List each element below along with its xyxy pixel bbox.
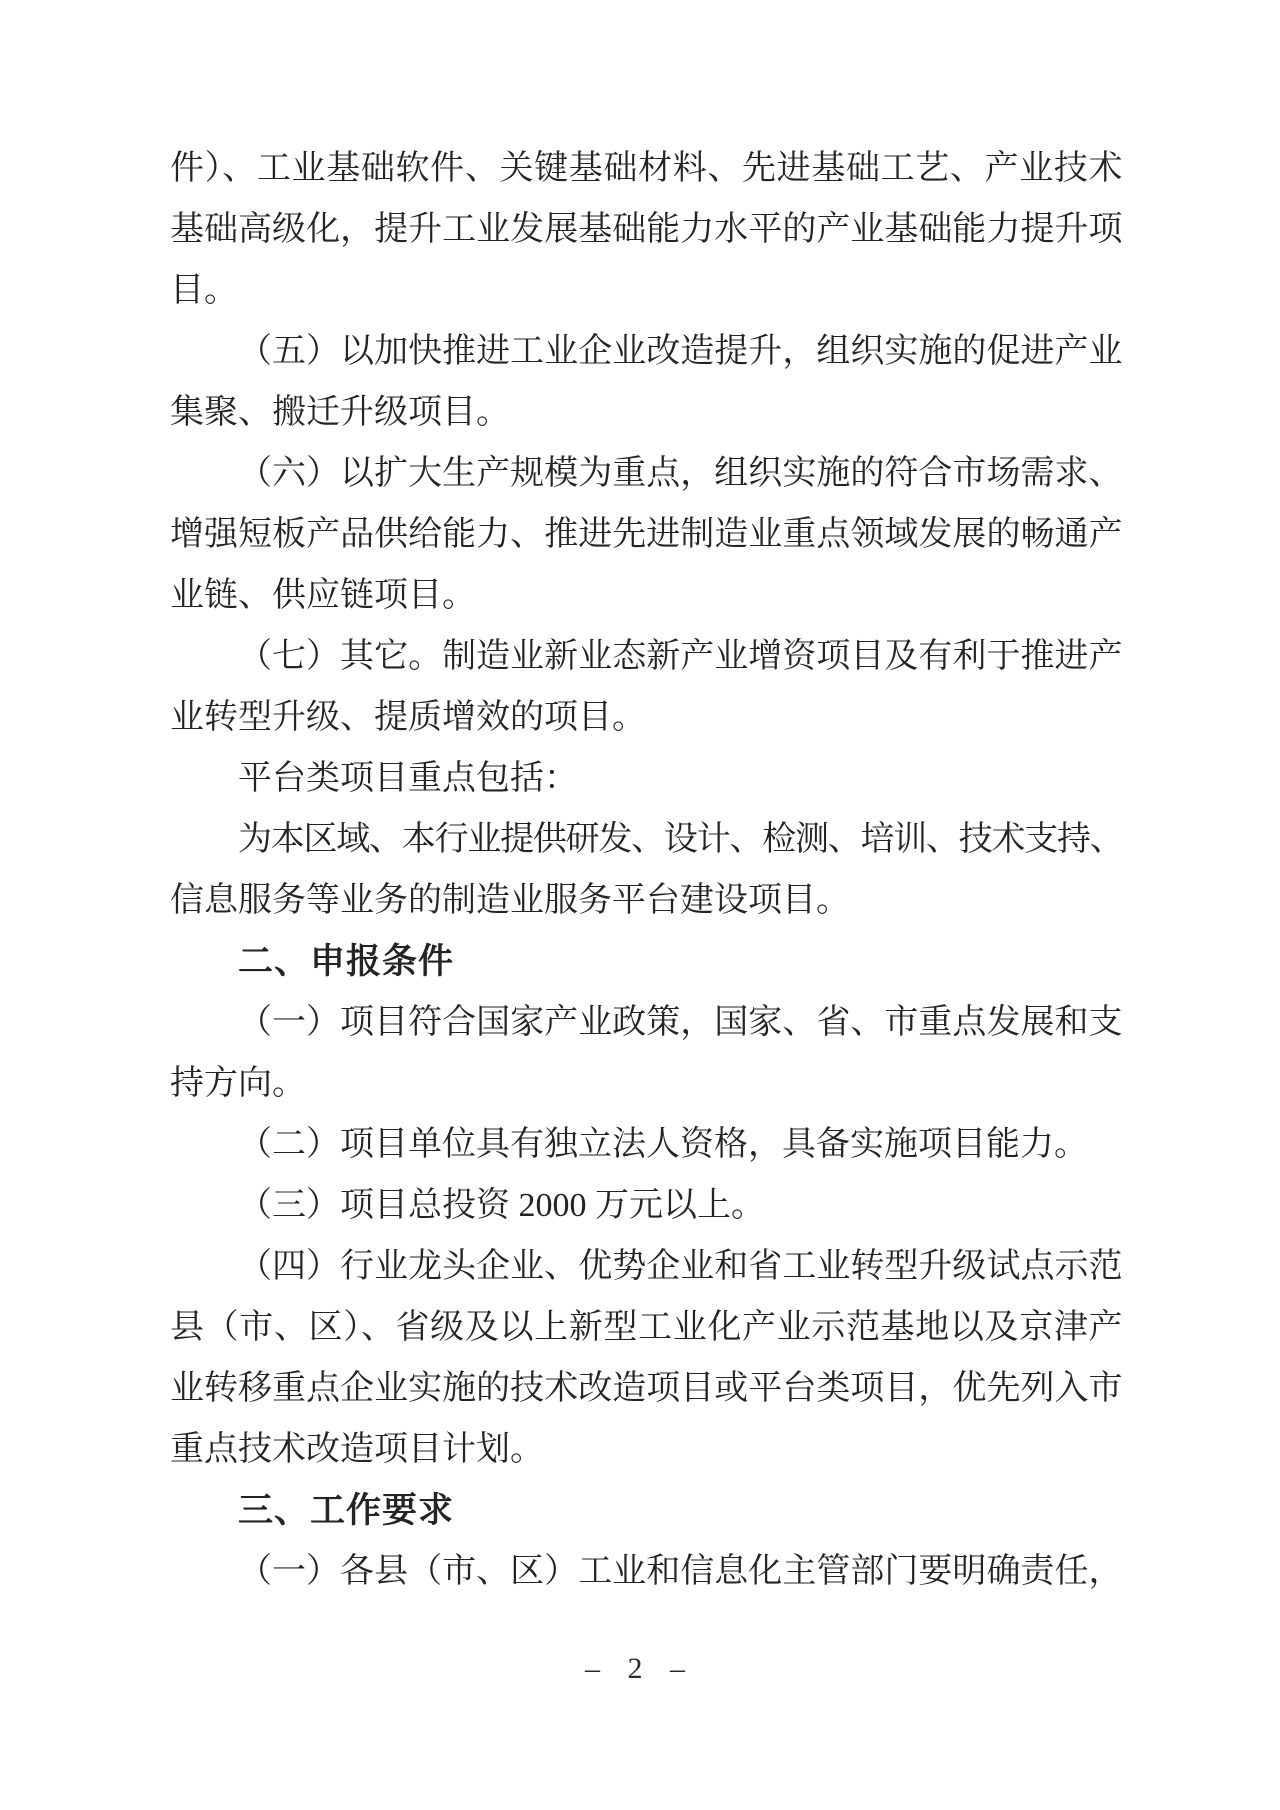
body-line: 增强短板产品供给能力、推进先进制造业重点领域发展的畅通产 — [170, 504, 1122, 565]
body-line: （五）以加快推进工业企业改造提升，组织实施的促进产业 — [170, 321, 1122, 382]
body-line: （一）项目符合国家产业政策，国家、省、市重点发展和支 — [170, 992, 1122, 1053]
body-line: 业转型升级、提质增效的项目。 — [170, 687, 1122, 748]
body-line: 县（市、区）、省级及以上新型工业化产业示范基地以及京津产 — [170, 1297, 1122, 1358]
body-line: 集聚、搬迁升级项目。 — [170, 382, 1122, 443]
body-line: （一）各县（市、区）工业和信息化主管部门要明确责任， — [170, 1541, 1122, 1602]
body-line: （四）行业龙头企业、优势企业和省工业转型升级试点示范 — [170, 1236, 1122, 1297]
heading-work-requirements: 三、工作要求 — [170, 1480, 1122, 1541]
body-line: 业转移重点企业实施的技术改造项目或平台类项目，优先列入市 — [170, 1358, 1122, 1419]
body-line: 平台类项目重点包括： — [170, 748, 1122, 809]
body-line: 件）、工业基础软件、关键基础材料、先进基础工艺、产业技术 — [170, 138, 1122, 199]
body-line: （二）项目单位具有独立法人资格，具备实施项目能力。 — [170, 1114, 1122, 1175]
body-line: 重点技术改造项目计划。 — [170, 1419, 1122, 1480]
body-line: 持方向。 — [170, 1053, 1122, 1114]
page-number: – 2 – — [0, 1652, 1280, 1686]
heading-application-conditions: 二、申报条件 — [170, 931, 1122, 992]
body-line: （三）项目总投资 2000 万元以上。 — [170, 1175, 1122, 1236]
body-line: 业链、供应链项目。 — [170, 565, 1122, 626]
body-line: （六）以扩大生产规模为重点，组织实施的符合市场需求、 — [170, 443, 1122, 504]
document-page: 件）、工业基础软件、关键基础材料、先进基础工艺、产业技术 基础高级化，提升工业发… — [0, 0, 1280, 1810]
body-line: 信息服务等业务的制造业服务平台建设项目。 — [170, 870, 1122, 931]
body-line: 基础高级化，提升工业发展基础能力水平的产业基础能力提升项 — [170, 199, 1122, 260]
document-text-block: 件）、工业基础软件、关键基础材料、先进基础工艺、产业技术 基础高级化，提升工业发… — [170, 138, 1122, 1602]
body-line: （七）其它。制造业新业态新产业增资项目及有利于推进产 — [170, 626, 1122, 687]
body-line: 目。 — [170, 260, 1122, 321]
body-line: 为本区域、本行业提供研发、设计、检测、培训、技术支持、 — [170, 809, 1122, 870]
